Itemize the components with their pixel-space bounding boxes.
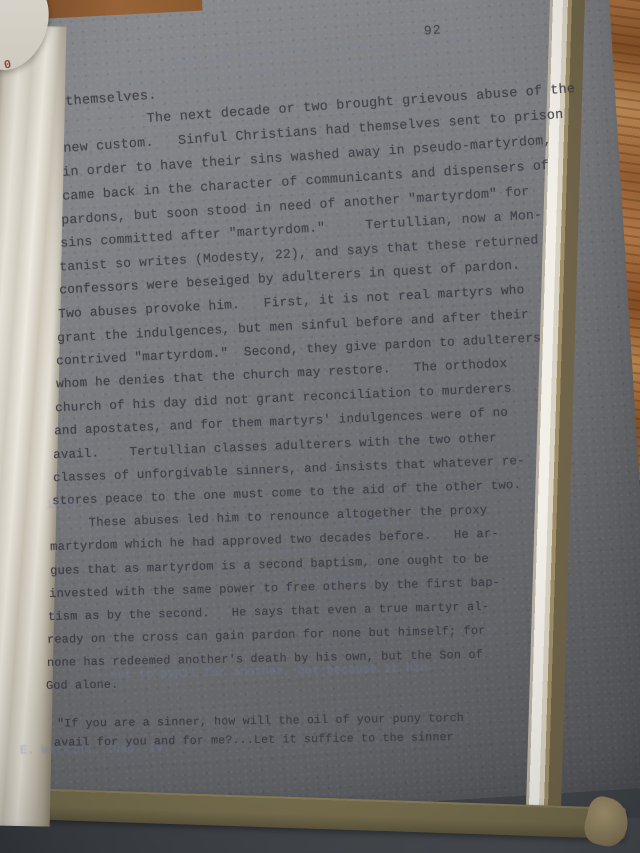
typed-line: These abuses led him to renounce altoget… [51,505,488,531]
typed-text-layer: 92 themselves. The next decade or two br… [0,0,640,853]
typed-line: ready on the cross can gain pardon for n… [47,625,486,646]
typed-line: tism as by the second. He says that even… [48,601,489,623]
ghost-line: E. Watkins, chap. IV. [20,744,170,758]
typed-line: "If you are a sinner, how will the oil o… [57,713,464,730]
ghost-line: is h [46,499,76,512]
ghost-line: an who being [225,547,315,561]
typed-line: stores peace to the one must come to the… [52,480,521,508]
typed-line: God alone. [46,679,118,692]
ghost-line: the whole [298,574,365,588]
typed-line: themselves. [65,89,157,109]
ghost-line: to the d [340,516,400,530]
typed-line: invested with the same power to free oth… [49,577,500,601]
manuscript-photo: 0 92 themselves. The next decade or two … [0,0,640,853]
